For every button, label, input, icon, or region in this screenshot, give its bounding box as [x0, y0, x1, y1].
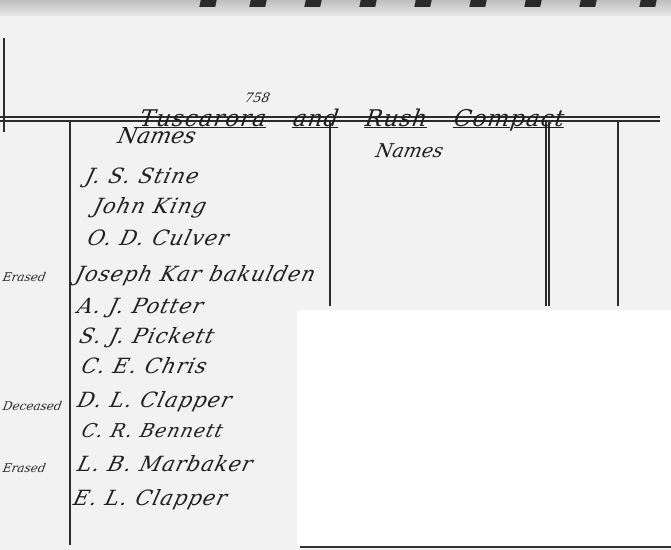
- remarks-column-rule: [69, 120, 71, 545]
- page-number: 758: [244, 91, 271, 106]
- binding-hole: [639, 0, 656, 7]
- binding-hole: [359, 0, 376, 7]
- entry-name: E. L. Clapper: [71, 486, 231, 510]
- blank-area: [297, 310, 671, 546]
- title-word: Compact: [452, 106, 566, 132]
- entry-remark: Erased: [2, 270, 47, 284]
- entry-name: O. D. Culver: [85, 226, 232, 250]
- binding-hole: [579, 0, 596, 7]
- entry-name: S. J. Pickett: [77, 324, 218, 348]
- binding-hole: [199, 0, 216, 7]
- entry-name: C. E. Chris: [79, 354, 210, 378]
- entry-name: J. S. Stine: [83, 164, 203, 188]
- page-title: TuscaroraandRushCompact: [138, 106, 602, 132]
- column-rule: [617, 120, 619, 306]
- binding-hole: [414, 0, 431, 7]
- column-rule: [545, 120, 547, 306]
- entry-name: D. L. Clapper: [75, 388, 235, 412]
- binding-hole: [469, 0, 486, 7]
- bottom-rule: [300, 546, 671, 548]
- margin-rule: [3, 38, 5, 132]
- entry-name: C. R. Bennett: [79, 420, 226, 442]
- title-word: Rush: [364, 106, 430, 132]
- entry-name: L. B. Marbaker: [75, 452, 256, 476]
- names-column-rule: [329, 120, 331, 306]
- binding-hole: [249, 0, 266, 7]
- column-rule-double: [548, 120, 550, 306]
- title-word: and: [291, 106, 341, 132]
- entry-remark: Deceased: [2, 399, 63, 413]
- entry-name: John King: [91, 194, 210, 218]
- column-header-names-2: Names: [374, 140, 446, 162]
- binding-strip: [0, 0, 671, 16]
- binding-hole: [524, 0, 541, 7]
- entry-remark: Erased: [2, 461, 47, 475]
- entry-name: Joseph Kar bakulden: [73, 262, 319, 286]
- column-header-names: Names: [115, 124, 198, 149]
- binding-hole: [304, 0, 321, 7]
- entry-name: A. J. Potter: [75, 294, 207, 318]
